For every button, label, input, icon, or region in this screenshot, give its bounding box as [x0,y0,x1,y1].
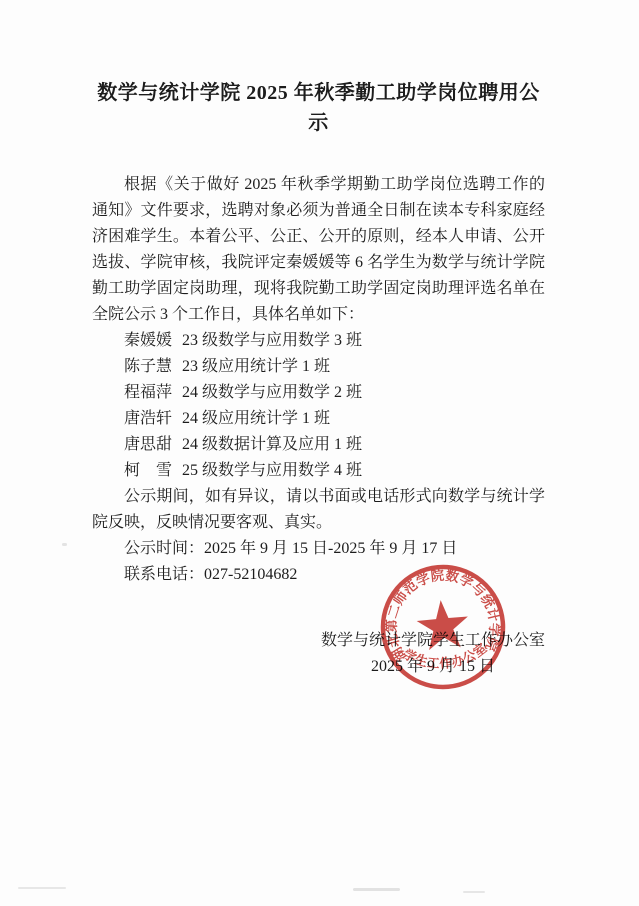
student-name: 陈子慧 [124,354,172,380]
student-name: 柯 雪 [124,458,172,484]
signature-area: 数学与统计学院学生工作办公室 2025 年 9 月 15 日 [92,628,545,680]
scan-artifact [18,887,66,889]
roster-row: 陈子慧23 级应用统计学 1 班 [124,354,545,380]
roster-row: 唐浩轩24 级应用统计学 1 班 [124,406,545,432]
scan-artifact [463,891,485,893]
student-class: 24 级数学与应用数学 2 班 [182,384,362,401]
roster-row: 柯 雪25 级数学与应用数学 4 班 [124,458,545,484]
document-page: 数学与统计学院 2025 年秋季勤工助学岗位聘用公示 根据《关于做好 2025 … [0,0,639,906]
roster-row: 唐思甜24 级数据计算及应用 1 班 [124,432,545,458]
student-class: 24 级应用统计学 1 班 [182,410,330,427]
scan-artifact [62,543,67,546]
student-name: 唐浩轩 [124,406,172,432]
roster-list: 秦媛媛23 级数学与应用数学 3 班 陈子慧23 级应用统计学 1 班 程福萍2… [92,328,545,484]
signature-date: 2025 年 9 月 15 日 [321,654,545,680]
scan-artifact [353,888,400,891]
student-name: 唐思甜 [124,432,172,458]
document-title: 数学与统计学院 2025 年秋季勤工助学岗位聘用公示 [92,78,545,138]
signature-org: 数学与统计学院学生工作办公室 [321,628,545,654]
student-class: 25 级数学与应用数学 4 班 [182,462,362,479]
student-name: 程福萍 [124,380,172,406]
publicity-period-value: 2025 年 9 月 15 日-2025 年 9 月 17 日 [204,540,457,557]
closing-paragraph: 公示期间，如有异议，请以书面或电话形式向数学与统计学院反映，反映情况要客观、真实… [92,484,545,536]
roster-row: 程福萍24 级数学与应用数学 2 班 [124,380,545,406]
student-class: 23 级数学与应用数学 3 班 [182,332,362,349]
student-name: 秦媛媛 [124,328,172,354]
signature-block: 数学与统计学院学生工作办公室 2025 年 9 月 15 日 [321,628,545,680]
contact-label: 联系电话： [124,566,204,583]
student-class: 23 级应用统计学 1 班 [182,358,330,375]
intro-paragraph: 根据《关于做好 2025 年秋季学期勤工助学岗位选聘工作的通知》文件要求，选聘对… [92,172,545,328]
publicity-period-label: 公示时间： [124,540,204,557]
contact-phone: 027-52104682 [204,566,297,583]
roster-row: 秦媛媛23 级数学与应用数学 3 班 [124,328,545,354]
publicity-period-line: 公示时间：2025 年 9 月 15 日-2025 年 9 月 17 日 [92,536,545,562]
student-class: 24 级数据计算及应用 1 班 [182,436,362,453]
document-content: 数学与统计学院 2025 年秋季勤工助学岗位聘用公示 根据《关于做好 2025 … [92,78,545,680]
contact-line: 联系电话：027-52104682 [92,562,545,588]
